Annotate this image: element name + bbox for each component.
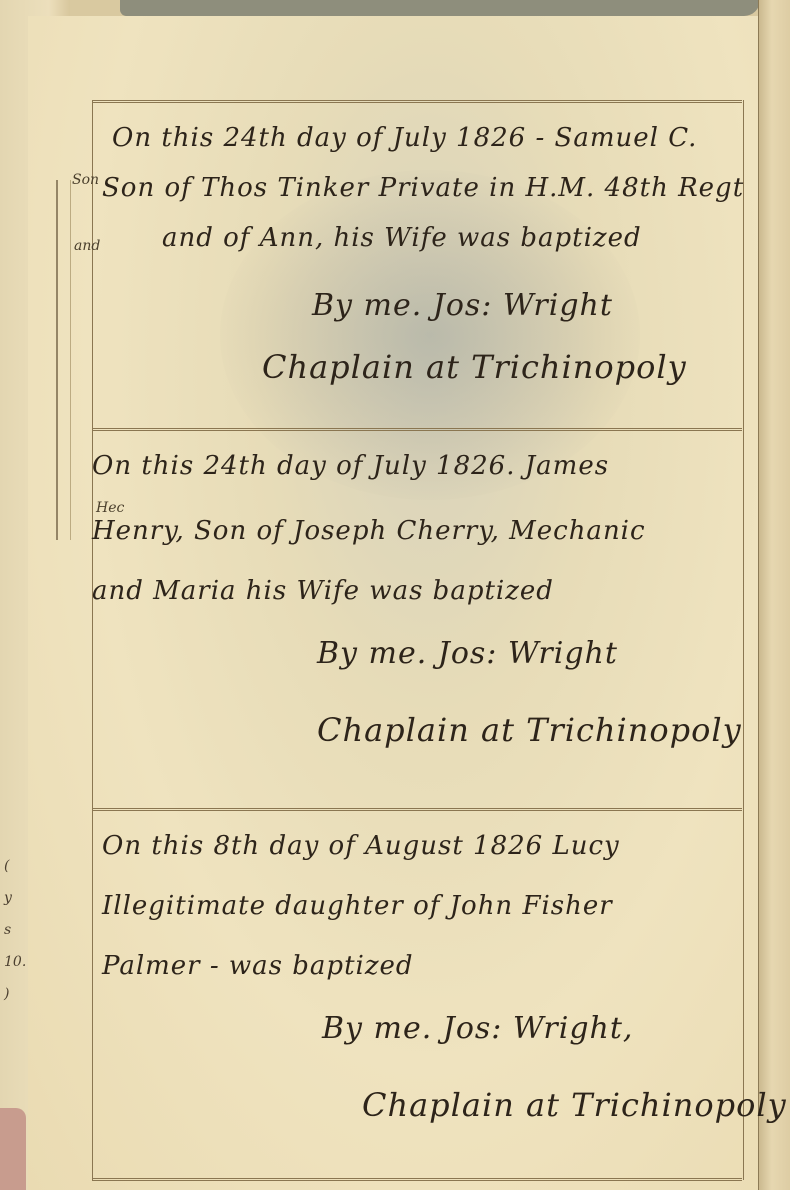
signature-title: Chaplain at Trichinopoly <box>317 711 742 749</box>
entry-line: On this 8th day of August 1826 Lucy <box>102 831 620 861</box>
baptism-entry-2: On this 24th day of July 1826. James Hen… <box>92 428 742 801</box>
left-page-text-fragments: ( y s 10. ) <box>4 850 26 1010</box>
fragment: ( <box>4 850 26 882</box>
signature: By me. Jos: Wright, <box>322 1011 633 1046</box>
right-page-edge <box>758 0 790 1190</box>
entry-line: Henry, Son of Joseph Cherry, Mechanic <box>92 516 646 546</box>
fragment: ) <box>4 978 26 1010</box>
entry-line: On this 24th day of July 1826. James <box>92 451 609 481</box>
fragment: s <box>4 914 26 946</box>
page-binding-tabs <box>56 180 71 540</box>
signature-title: Chaplain at Trichinopoly <box>362 1086 787 1124</box>
baptism-entry-3: On this 8th day of August 1826 Lucy Ille… <box>92 808 742 1181</box>
fragment: y <box>4 882 26 914</box>
bottom-rule <box>92 1178 742 1181</box>
baptism-entry-1: On this 24th day of July 1826 - Samuel C… <box>92 100 742 433</box>
margin-note: and <box>74 238 100 254</box>
margin-note: Son <box>72 172 99 188</box>
entry-line: and of Ann, his Wife was baptized <box>162 223 642 253</box>
entry-line: On this 24th day of July 1826 - Samuel C… <box>112 123 697 153</box>
entry-line: Illegitimate daughter of John Fisher <box>102 891 613 921</box>
entry-line: Palmer - was baptized <box>102 951 414 981</box>
signature-title: Chaplain at Trichinopoly <box>262 348 687 386</box>
entry-line: Son of Thos Tinker Private in H.M. 48th … <box>102 173 744 203</box>
margin-note: Hec <box>96 500 124 516</box>
signature: By me. Jos: Wright <box>317 636 618 671</box>
fragment: 10. <box>4 946 26 978</box>
entry-line: and Maria his Wife was baptized <box>92 576 554 606</box>
thumb-holding-page <box>0 1108 26 1190</box>
background-surface <box>120 0 760 16</box>
signature: By me. Jos: Wright <box>312 288 613 323</box>
